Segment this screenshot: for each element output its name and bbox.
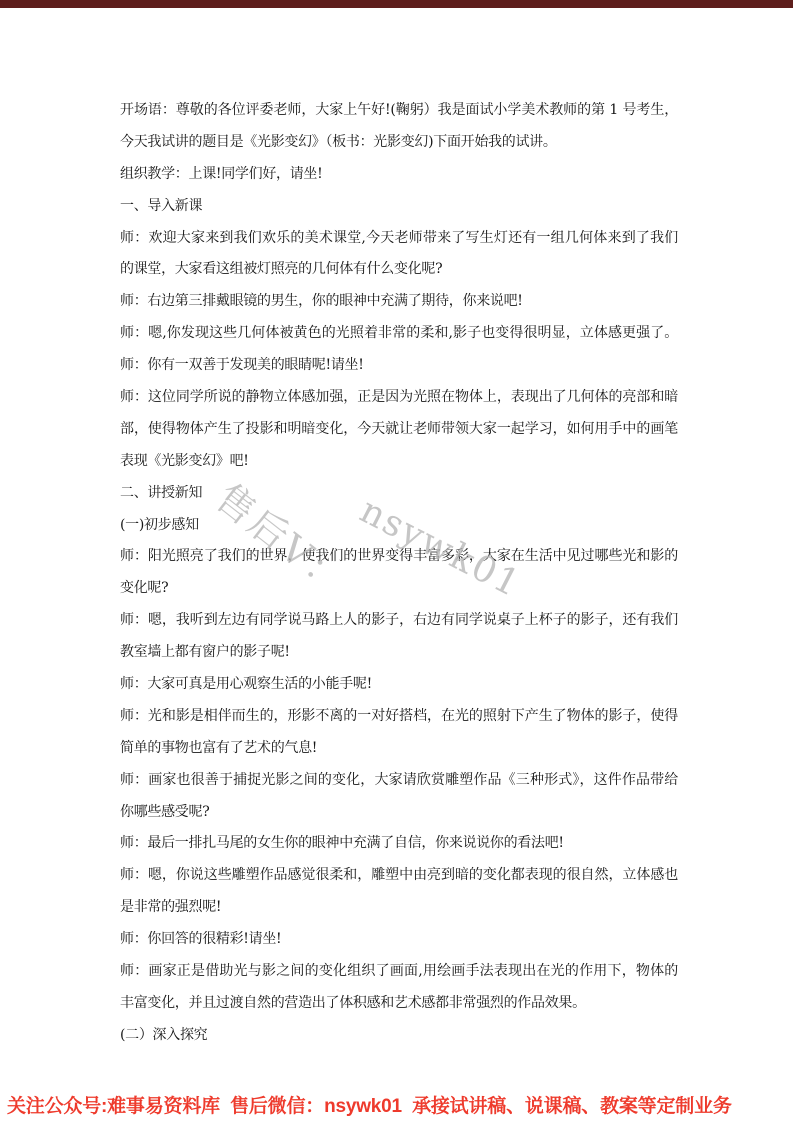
doc-line: 今天我试讲的题目是《光影变幻》（板书：光影变幻)下面开始我的试讲。 <box>120 127 678 159</box>
doc-line: 师：欢迎大家来到我们欢乐的美术课堂,今天老师带来了写生灯还有一组几何体来到了我们 <box>120 223 678 255</box>
doc-line: 一、导入新课 <box>120 191 678 223</box>
doc-line: 简单的事物也富有了艺术的气息! <box>120 733 678 765</box>
doc-line: 你哪些感受呢? <box>120 797 678 829</box>
doc-line: 师：嗯，我听到左边有同学说马路上人的影子，右边有同学说桌子上杯子的影子，还有我们 <box>120 605 678 637</box>
doc-line: 师：阳光照亮了我们的世界，使我们的世界变得丰富多彩，大家在生活中见过哪些光和影的 <box>120 541 678 573</box>
doc-line: 的课堂，大家看这组被灯照亮的几何体有什么变化呢? <box>120 254 678 286</box>
doc-line: 师：嗯,你发现这些几何体被黄色的光照着非常的柔和,影子也变得很明显，立体感更强了… <box>120 318 678 350</box>
doc-line: 开场语：尊敬的各位评委老师，大家上午好!(鞠躬）我是面试小学美术教师的第 1 号… <box>120 95 678 127</box>
doc-line: 师：大家可真是用心观察生活的小能手呢! <box>120 669 678 701</box>
doc-line: 师：右边第三排戴眼镜的男生，你的眼神中充满了期待，你来说吧! <box>120 286 678 318</box>
footer-promo-banner: 关注公众号:难事易资料库 售后微信：nsywk01 承接试讲稿、说课稿、教案等定… <box>7 1091 732 1118</box>
doc-line: 师：你回答的很精彩!请坐! <box>120 924 678 956</box>
doc-line: 变化呢? <box>120 573 678 605</box>
document-body: 开场语：尊敬的各位评委老师，大家上午好!(鞠躬）我是面试小学美术教师的第 1 号… <box>120 95 678 1052</box>
doc-line: 组织教学：上课!同学们好，请坐! <box>120 159 678 191</box>
doc-line: 师：画家也很善于捕捉光影之间的变化，大家请欣赏雕塑作品《三种形式》，这件作品带给 <box>120 765 678 797</box>
doc-line: 师：嗯，你说这些雕塑作品感觉很柔和，雕塑中由亮到暗的变化都表现的很自然，立体感也 <box>120 860 678 892</box>
doc-line: 师：画家正是借助光与影之间的变化组织了画面,用绘画手法表现出在光的作用下，物体的 <box>120 956 678 988</box>
doc-line: 是非常的强烈呢! <box>120 892 678 924</box>
doc-line: (一)初步感知 <box>120 510 678 542</box>
doc-line: (二）深入探究 <box>120 1020 678 1052</box>
doc-line: 师：光和影是相伴而生的，形影不离的一对好搭档，在光的照射下产生了物体的影子，使得 <box>120 701 678 733</box>
doc-line: 部，使得物体产生了投影和明暗变化，今天就让老师带领大家一起学习，如何用手中的画笔 <box>120 414 678 446</box>
doc-line: 表现《光影变幻》吧! <box>120 446 678 478</box>
doc-line: 教室墙上都有窗户的影子呢! <box>120 637 678 669</box>
doc-line: 师：你有一双善于发现美的眼睛呢!请坐! <box>120 350 678 382</box>
doc-line: 丰富变化，并且过渡自然的营造出了体积感和艺术感都非常强烈的作品效果。 <box>120 988 678 1020</box>
top-accent-bar <box>0 0 793 8</box>
doc-line: 师：最后一排扎马尾的女生你的眼神中充满了自信，你来说说你的看法吧! <box>120 828 678 860</box>
doc-line: 二、讲授新知 <box>120 478 678 510</box>
doc-line: 师：这位同学所说的静物立体感加强，正是因为光照在物体上，表现出了几何体的亮部和暗 <box>120 382 678 414</box>
